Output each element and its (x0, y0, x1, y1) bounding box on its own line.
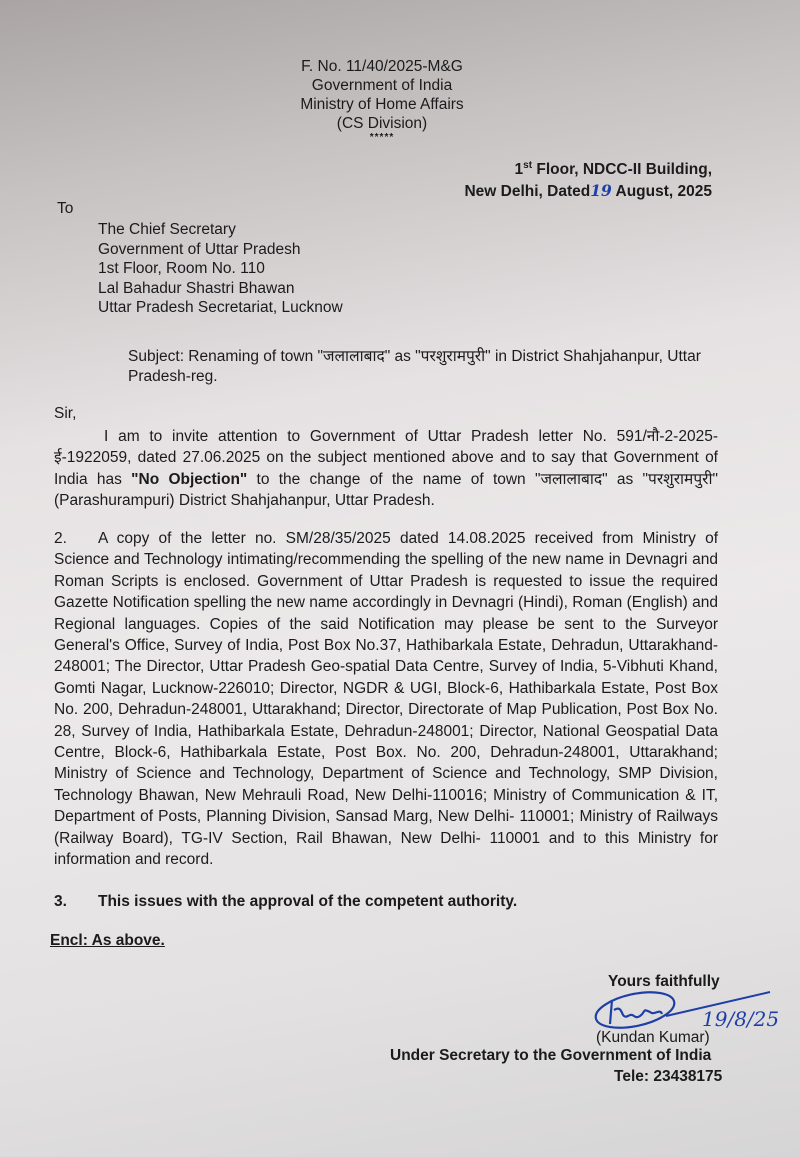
designation: Under Secretary to the Government of Ind… (390, 1046, 711, 1066)
header-separator: ***** (0, 133, 782, 143)
subject-line: Subject: Renaming of town "जलालाबाद" as … (128, 347, 728, 386)
paragraph-2: 2.A copy of the letter no. SM/28/35/2025… (54, 528, 718, 871)
signatory-name: (Kundan Kumar) (596, 1028, 710, 1048)
date-line: New Delhi, Dated19 August, 2025 (464, 180, 712, 202)
address-line: The Chief Secretary (98, 220, 343, 240)
recipient-address: The Chief Secretary Government of Uttar … (98, 220, 343, 318)
paragraph-3-text: This issues with the approval of the com… (98, 893, 517, 910)
building-name: Floor, NDCC-II Building, (532, 161, 712, 178)
paragraph-number: 2. (54, 528, 98, 549)
address-line: 1st Floor, Room No. 110 (98, 259, 343, 279)
city-dated: New Delhi, Dated (464, 183, 590, 200)
address-line: Uttar Pradesh Secretariat, Lucknow (98, 298, 343, 318)
paragraph-number: 3. (54, 891, 98, 912)
month-year: August, 2025 (612, 183, 712, 200)
government-name: Government of India (0, 76, 782, 95)
place-and-date: 1st Floor, NDCC-II Building, New Delhi, … (464, 155, 712, 202)
ministry-name: Ministry of Home Affairs (0, 95, 782, 114)
floor-suffix: st (523, 160, 532, 171)
paragraph-2-text: A copy of the letter no. SM/28/35/2025 d… (54, 530, 718, 868)
enclosure-note: Encl: As above. (50, 932, 165, 950)
address-line: Lal Bahadur Shastri Bhawan (98, 279, 343, 299)
floor-number: 1 (515, 161, 524, 178)
salutation: Sir, (54, 405, 76, 423)
svg-text:19/8/25: 19/8/25 (702, 1007, 779, 1031)
file-number: F. No. 11/40/2025-M&G (0, 57, 782, 76)
paragraph-1: I am to invite attention to Government o… (54, 426, 718, 512)
paragraph-3: 3.This issues with the approval of the c… (54, 891, 718, 912)
handwritten-day: 19 (590, 181, 612, 200)
building-line: 1st Floor, NDCC-II Building, (464, 155, 712, 180)
to-label: To (57, 200, 73, 218)
division-name: (CS Division) (0, 114, 782, 133)
no-objection-emphasis: "No Objection" (131, 471, 247, 488)
telephone: Tele: 23438175 (614, 1067, 722, 1087)
address-line: Government of Uttar Pradesh (98, 240, 343, 260)
letter-header: F. No. 11/40/2025-M&G Government of Indi… (0, 57, 800, 143)
